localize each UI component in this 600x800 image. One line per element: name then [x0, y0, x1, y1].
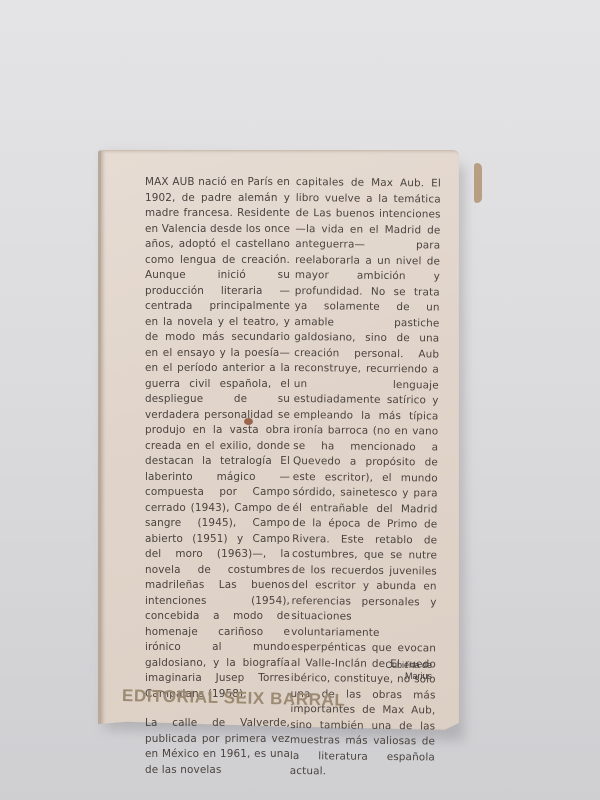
ink-stain — [244, 418, 253, 425]
blurb-novel-intro: La calle de Valverde, publicada por prim… — [145, 716, 290, 778]
blurb-author-bio: MAX AUB nació en París en 1902, de padre… — [145, 175, 290, 702]
cover-credit-line-2: Marius — [372, 671, 432, 682]
book-spine-edge — [474, 163, 482, 203]
cover-credit-line-1: Cubierta de — [372, 660, 432, 671]
cover-credit: Cubierta de Marius — [372, 660, 432, 682]
